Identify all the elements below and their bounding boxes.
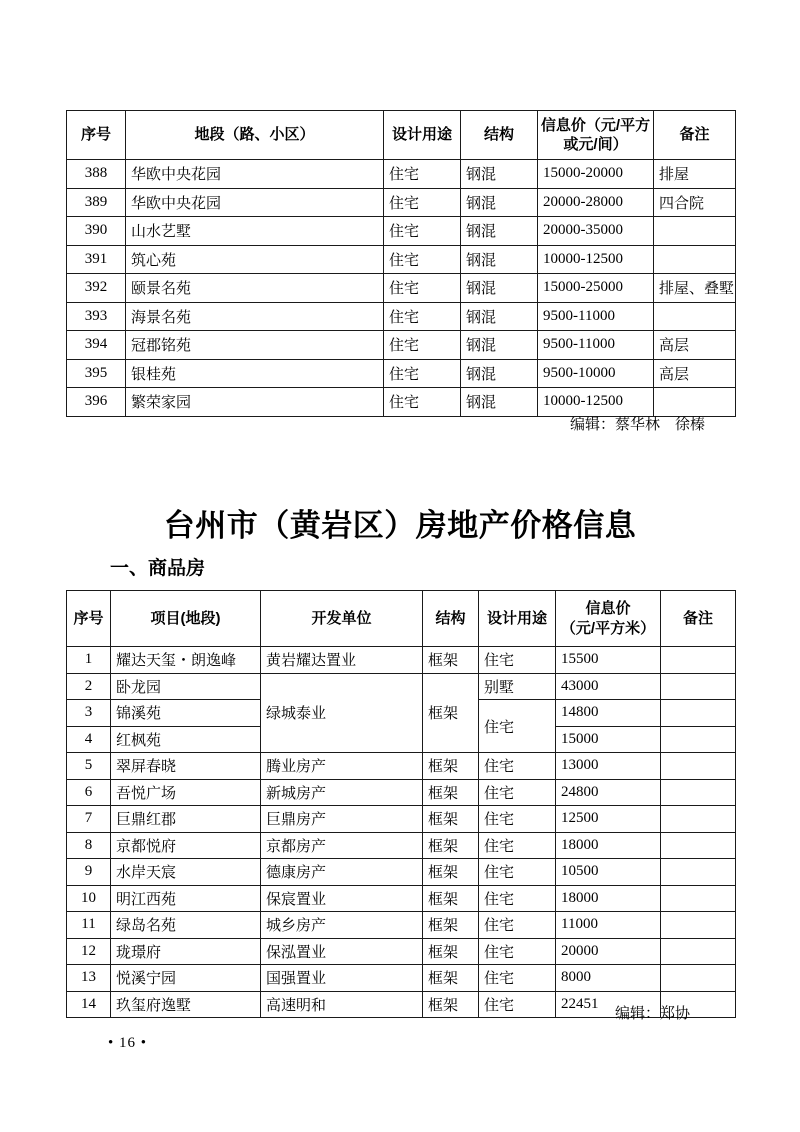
cell-structure: 框架 xyxy=(423,912,479,939)
col-header-price: 信息价 （元/平方米） xyxy=(556,591,661,647)
cell-note: 排屋、叠墅 xyxy=(654,274,736,303)
cell-price: 20000-35000 xyxy=(538,217,654,246)
col-header-no: 序号 xyxy=(67,591,111,647)
cell-price: 18000 xyxy=(556,885,661,912)
cell-no: 395 xyxy=(67,359,126,388)
cell-note xyxy=(661,726,736,753)
table-row: 13 悦溪宁园 国强置业 框架 住宅 8000 xyxy=(67,965,736,992)
cell-price: 10000-12500 xyxy=(538,245,654,274)
cell-note xyxy=(654,388,736,417)
cell-no: 394 xyxy=(67,331,126,360)
cell-price: 10500 xyxy=(556,859,661,886)
cell-price: 43000 xyxy=(556,673,661,700)
page-number: • 16 • xyxy=(108,1035,147,1052)
cell-note xyxy=(661,700,736,727)
cell-use: 住宅 xyxy=(384,388,461,417)
cell-location: 银桂苑 xyxy=(126,359,384,388)
col-header-structure: 结构 xyxy=(461,111,538,160)
cell-project: 吾悦广场 xyxy=(111,779,261,806)
cell-note: 排屋 xyxy=(654,160,736,189)
cell-project: 明江西苑 xyxy=(111,885,261,912)
cell-note xyxy=(654,245,736,274)
cell-no: 11 xyxy=(67,912,111,939)
cell-project: 红枫苑 xyxy=(111,726,261,753)
cell-no: 5 xyxy=(67,753,111,780)
cell-use: 住宅 xyxy=(384,359,461,388)
cell-note: 四合院 xyxy=(654,188,736,217)
cell-no: 3 xyxy=(67,700,111,727)
cell-structure: 框架 xyxy=(423,673,479,753)
table-row: 5 翠屏春晓 腾业房产 框架 住宅 13000 xyxy=(67,753,736,780)
cell-note xyxy=(661,938,736,965)
cell-price: 20000 xyxy=(556,938,661,965)
cell-price: 9500-10000 xyxy=(538,359,654,388)
cell-price: 15000-25000 xyxy=(538,274,654,303)
cell-structure: 钢混 xyxy=(461,245,538,274)
cell-location: 海景名苑 xyxy=(126,302,384,331)
col-header-project: 项目(地段) xyxy=(111,591,261,647)
cell-price: 14800 xyxy=(556,700,661,727)
section-subtitle: 一、商品房 xyxy=(110,553,205,580)
col-header-note: 备注 xyxy=(661,591,736,647)
cell-use: 住宅 xyxy=(479,647,556,674)
cell-location: 华欧中央花园 xyxy=(126,188,384,217)
cell-price: 18000 xyxy=(556,832,661,859)
cell-use: 住宅 xyxy=(479,753,556,780)
cell-developer: 巨鼎房产 xyxy=(261,806,423,833)
col-header-developer: 开发单位 xyxy=(261,591,423,647)
table-row: 1 耀达天玺・朗逸峰 黄岩耀达置业 框架 住宅 15500 xyxy=(67,647,736,674)
cell-no: 12 xyxy=(67,938,111,965)
table-row: 389 华欧中央花园 住宅 钢混 20000-28000 四合院 xyxy=(67,188,736,217)
cell-project: 绿岛名苑 xyxy=(111,912,261,939)
cell-structure: 框架 xyxy=(423,938,479,965)
cell-use: 住宅 xyxy=(479,806,556,833)
cell-structure: 钢混 xyxy=(461,302,538,331)
cell-no: 389 xyxy=(67,188,126,217)
cell-structure: 钢混 xyxy=(461,359,538,388)
table-row: 9 水岸天宸 德康房产 框架 住宅 10500 xyxy=(67,859,736,886)
table-row: 7 巨鼎红郡 巨鼎房产 框架 住宅 12500 xyxy=(67,806,736,833)
cell-use: 住宅 xyxy=(384,160,461,189)
cell-structure: 框架 xyxy=(423,806,479,833)
cell-no: 7 xyxy=(67,806,111,833)
cell-note xyxy=(661,912,736,939)
cell-project: 珑璟府 xyxy=(111,938,261,965)
cell-structure: 钢混 xyxy=(461,331,538,360)
cell-structure: 框架 xyxy=(423,753,479,780)
cell-structure: 框架 xyxy=(423,885,479,912)
editor-credit-top: 编辑：蔡华林 徐榛 xyxy=(66,413,735,434)
cell-developer: 京都房产 xyxy=(261,832,423,859)
cell-no: 393 xyxy=(67,302,126,331)
cell-price: 10000-12500 xyxy=(538,388,654,417)
cell-price: 15500 xyxy=(556,647,661,674)
cell-developer: 国强置业 xyxy=(261,965,423,992)
cell-price: 12500 xyxy=(556,806,661,833)
cell-note xyxy=(661,965,736,992)
table-row: 392 颐景名苑 住宅 钢混 15000-25000 排屋、叠墅 xyxy=(67,274,736,303)
cell-note: 高层 xyxy=(654,359,736,388)
col-header-use: 设计用途 xyxy=(384,111,461,160)
cell-structure: 钢混 xyxy=(461,274,538,303)
cell-use: 住宅 xyxy=(479,912,556,939)
cell-developer: 城乡房产 xyxy=(261,912,423,939)
cell-price: 15000-20000 xyxy=(538,160,654,189)
cell-price: 24800 xyxy=(556,779,661,806)
cell-note xyxy=(661,885,736,912)
cell-note xyxy=(661,832,736,859)
cell-location: 筑心苑 xyxy=(126,245,384,274)
price-table-locations: 序号 地段（路、小区） 设计用途 结构 信息价（元/平方 或元/间） 备注 38… xyxy=(66,110,736,417)
cell-structure: 钢混 xyxy=(461,188,538,217)
cell-developer: 腾业房产 xyxy=(261,753,423,780)
cell-structure: 框架 xyxy=(423,647,479,674)
table-row: 10 明江西苑 保宸置业 框架 住宅 18000 xyxy=(67,885,736,912)
cell-no: 390 xyxy=(67,217,126,246)
cell-note: 高层 xyxy=(654,331,736,360)
cell-note xyxy=(661,753,736,780)
cell-no: 2 xyxy=(67,673,111,700)
cell-project: 翠屏春晓 xyxy=(111,753,261,780)
cell-use: 住宅 xyxy=(384,302,461,331)
page-title: 台州市（黄岩区）房地产价格信息 xyxy=(0,500,800,545)
table-header-row: 序号 项目(地段) 开发单位 结构 设计用途 信息价 （元/平方米） 备注 xyxy=(67,591,736,647)
cell-project: 悦溪宁园 xyxy=(111,965,261,992)
cell-developer: 黄岩耀达置业 xyxy=(261,647,423,674)
cell-location: 山水艺墅 xyxy=(126,217,384,246)
cell-use: 住宅 xyxy=(479,832,556,859)
cell-price: 15000 xyxy=(556,726,661,753)
cell-use: 住宅 xyxy=(384,217,461,246)
cell-no: 8 xyxy=(67,832,111,859)
cell-project: 耀达天玺・朗逸峰 xyxy=(111,647,261,674)
cell-developer: 德康房产 xyxy=(261,859,423,886)
table-header-row: 序号 地段（路、小区） 设计用途 结构 信息价（元/平方 或元/间） 备注 xyxy=(67,111,736,160)
cell-use: 住宅 xyxy=(479,965,556,992)
cell-developer: 保泓置业 xyxy=(261,938,423,965)
cell-price: 9500-11000 xyxy=(538,331,654,360)
cell-use: 住宅 xyxy=(384,245,461,274)
cell-price: 9500-11000 xyxy=(538,302,654,331)
cell-no: 396 xyxy=(67,388,126,417)
cell-use: 住宅 xyxy=(479,779,556,806)
cell-no: 10 xyxy=(67,885,111,912)
cell-note xyxy=(661,859,736,886)
table-row: 390 山水艺墅 住宅 钢混 20000-35000 xyxy=(67,217,736,246)
table-row: 8 京都悦府 京都房产 框架 住宅 18000 xyxy=(67,832,736,859)
cell-note xyxy=(654,217,736,246)
cell-no: 1 xyxy=(67,647,111,674)
cell-price: 11000 xyxy=(556,912,661,939)
cell-no: 388 xyxy=(67,160,126,189)
cell-project: 巨鼎红郡 xyxy=(111,806,261,833)
cell-no: 13 xyxy=(67,965,111,992)
cell-note xyxy=(654,302,736,331)
cell-location: 颐景名苑 xyxy=(126,274,384,303)
cell-location: 冠郡铭苑 xyxy=(126,331,384,360)
table-row: 12 珑璟府 保泓置业 框架 住宅 20000 xyxy=(67,938,736,965)
cell-use: 住宅 xyxy=(479,938,556,965)
cell-no: 9 xyxy=(67,859,111,886)
cell-no: 392 xyxy=(67,274,126,303)
cell-note xyxy=(661,673,736,700)
cell-note xyxy=(661,779,736,806)
cell-use: 住宅 xyxy=(479,700,556,753)
col-header-structure: 结构 xyxy=(423,591,479,647)
col-header-use: 设计用途 xyxy=(479,591,556,647)
cell-use: 住宅 xyxy=(479,885,556,912)
cell-structure: 框架 xyxy=(423,965,479,992)
col-header-no: 序号 xyxy=(67,111,126,160)
cell-project: 京都悦府 xyxy=(111,832,261,859)
table-row: 11 绿岛名苑 城乡房产 框架 住宅 11000 xyxy=(67,912,736,939)
cell-developer: 新城房产 xyxy=(261,779,423,806)
cell-use: 住宅 xyxy=(384,331,461,360)
cell-structure: 钢混 xyxy=(461,217,538,246)
table-row: 396 繁荣家园 住宅 钢混 10000-12500 xyxy=(67,388,736,417)
cell-location: 繁荣家园 xyxy=(126,388,384,417)
cell-project: 卧龙园 xyxy=(111,673,261,700)
cell-location: 华欧中央花园 xyxy=(126,160,384,189)
table-row: 394 冠郡铭苑 住宅 钢混 9500-11000 高层 xyxy=(67,331,736,360)
cell-structure: 框架 xyxy=(423,832,479,859)
cell-no: 6 xyxy=(67,779,111,806)
cell-structure: 钢混 xyxy=(461,160,538,189)
cell-no: 391 xyxy=(67,245,126,274)
table-row: 388 华欧中央花园 住宅 钢混 15000-20000 排屋 xyxy=(67,160,736,189)
cell-developer: 保宸置业 xyxy=(261,885,423,912)
cell-note xyxy=(661,806,736,833)
cell-no: 4 xyxy=(67,726,111,753)
cell-project: 锦溪苑 xyxy=(111,700,261,727)
cell-note xyxy=(661,647,736,674)
cell-project: 水岸天宸 xyxy=(111,859,261,886)
cell-price: 13000 xyxy=(556,753,661,780)
cell-structure: 钢混 xyxy=(461,388,538,417)
table-row: 2 卧龙园 绿城泰业 框架 别墅 43000 xyxy=(67,673,736,700)
table-row: 393 海景名苑 住宅 钢混 9500-11000 xyxy=(67,302,736,331)
cell-use: 住宅 xyxy=(384,274,461,303)
cell-use: 住宅 xyxy=(384,188,461,217)
table-row: 395 银桂苑 住宅 钢混 9500-10000 高层 xyxy=(67,359,736,388)
table-row: 391 筑心苑 住宅 钢混 10000-12500 xyxy=(67,245,736,274)
cell-structure: 框架 xyxy=(423,859,479,886)
cell-use: 住宅 xyxy=(479,859,556,886)
col-header-location: 地段（路、小区） xyxy=(126,111,384,160)
editor-credit-bottom: 编辑：郑协 xyxy=(66,1002,735,1023)
price-table-commodity-housing: 序号 项目(地段) 开发单位 结构 设计用途 信息价 （元/平方米） 备注 1 … xyxy=(66,590,736,1018)
cell-developer: 绿城泰业 xyxy=(261,673,423,753)
col-header-price: 信息价（元/平方 或元/间） xyxy=(538,111,654,160)
table-row: 6 吾悦广场 新城房产 框架 住宅 24800 xyxy=(67,779,736,806)
cell-price: 20000-28000 xyxy=(538,188,654,217)
col-header-note: 备注 xyxy=(654,111,736,160)
cell-price: 8000 xyxy=(556,965,661,992)
cell-use: 别墅 xyxy=(479,673,556,700)
cell-structure: 框架 xyxy=(423,779,479,806)
